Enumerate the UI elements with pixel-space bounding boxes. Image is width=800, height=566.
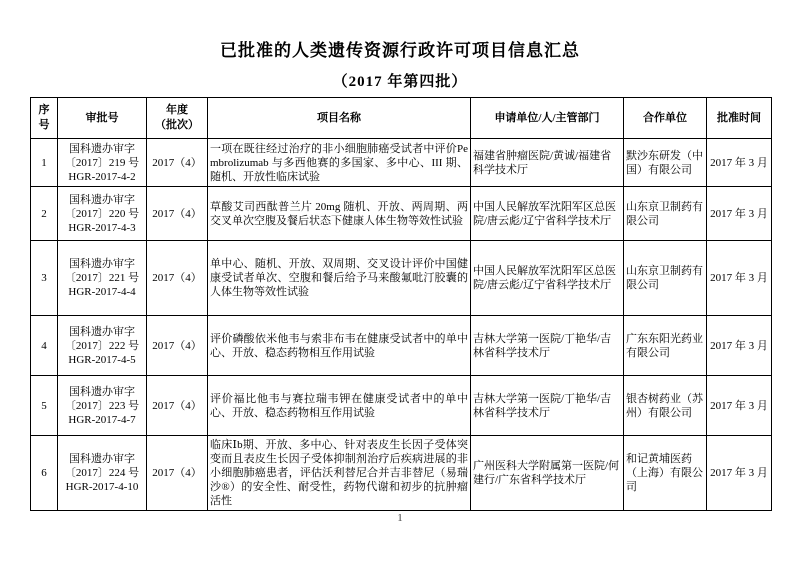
approval-date-cell: 2017 年 3 月	[707, 316, 772, 376]
table-row: 4 国科遗办审字 〔2017〕222 号 HGR-2017-4-5 2017（4…	[31, 316, 772, 376]
year-batch-cell: 2017（4）	[147, 187, 208, 241]
project-name-cell: 单中心、随机、开放、双周期、交叉设计评价中国健康受试者单次、空腹和餐后给予马来酸…	[208, 241, 471, 316]
approval-date-cell: 2017 年 3 月	[707, 436, 772, 511]
approval-date-cell: 2017 年 3 月	[707, 139, 772, 187]
year-batch-cell: 2017（4）	[147, 436, 208, 511]
applicant-cell: 中国人民解放军沈阳军区总医院/唐云彪/辽宁省科学技术厅	[471, 241, 624, 316]
seq-cell: 1	[31, 139, 58, 187]
approval-no-cell: 国科遗办审字 〔2017〕221 号 HGR-2017-4-4	[58, 241, 147, 316]
seq-cell: 2	[31, 187, 58, 241]
partner-cell: 银杏树药业（苏州）有限公司	[624, 376, 707, 436]
table-row: 1 国科遗办审字 〔2017〕219 号 HGR-2017-4-2 2017（4…	[31, 139, 772, 187]
page-subtitle: （2017 年第四批）	[0, 70, 800, 91]
approval-no-cell: 国科遗办审字 〔2017〕223 号 HGR-2017-4-7	[58, 376, 147, 436]
col-header-applicant: 申请单位/人/主管部门	[471, 98, 624, 139]
year-batch-cell: 2017（4）	[147, 139, 208, 187]
table-row: 2 国科遗办审字 〔2017〕220 号 HGR-2017-4-3 2017（4…	[31, 187, 772, 241]
partner-cell: 和记黄埔医药（上海）有限公司	[624, 436, 707, 511]
col-header-approval-time: 批准时间	[707, 98, 772, 139]
approval-date-cell: 2017 年 3 月	[707, 187, 772, 241]
table-header-row: 序 号 审批号 年度 （批次） 项目名称 申请单位/人/主管部门 合作单位 批准…	[31, 98, 772, 139]
document-page: 已批准的人类遗传资源行政许可项目信息汇总 （2017 年第四批） 序 号 审批号…	[0, 0, 800, 566]
approval-no-cell: 国科遗办审字 〔2017〕219 号 HGR-2017-4-2	[58, 139, 147, 187]
seq-cell: 3	[31, 241, 58, 316]
project-name-cell: 评价福比他韦与赛拉瑞韦钾在健康受试者中的单中心、开放、稳态药物相互作用试验	[208, 376, 471, 436]
project-name-cell: 临床Ⅰb期、开放、多中心、针对表皮生长因子受体突变而且表皮生长因子受体抑制剂治疗…	[208, 436, 471, 511]
approval-date-cell: 2017 年 3 月	[707, 241, 772, 316]
seq-cell: 4	[31, 316, 58, 376]
table-row: 5 国科遗办审字 〔2017〕223 号 HGR-2017-4-7 2017（4…	[31, 376, 772, 436]
project-name-cell: 草酸艾司西酞普兰片 20mg 随机、开放、两周期、两交叉单次空腹及餐后状态下健康…	[208, 187, 471, 241]
col-header-seq: 序 号	[31, 98, 58, 139]
approval-no-cell: 国科遗办审字 〔2017〕222 号 HGR-2017-4-5	[58, 316, 147, 376]
table-row: 3 国科遗办审字 〔2017〕221 号 HGR-2017-4-4 2017（4…	[31, 241, 772, 316]
applicant-cell: 中国人民解放军沈阳军区总医院/唐云彪/辽宁省科学技术厅	[471, 187, 624, 241]
applicant-cell: 吉林大学第一医院/丁艳华/吉林省科学技术厅	[471, 316, 624, 376]
applicant-cell: 福建省肿瘤医院/黄诚/福建省科学技术厅	[471, 139, 624, 187]
year-batch-cell: 2017（4）	[147, 376, 208, 436]
table-row: 6 国科遗办审字 〔2017〕224 号 HGR-2017-4-10 2017（…	[31, 436, 772, 511]
approval-date-cell: 2017 年 3 月	[707, 376, 772, 436]
applicant-cell: 吉林大学第一医院/丁艳华/吉林省科学技术厅	[471, 376, 624, 436]
col-header-year-batch: 年度 （批次）	[147, 98, 208, 139]
col-header-approval-no: 审批号	[58, 98, 147, 139]
project-name-cell: 一项在既往经过治疗的非小细胞肺癌受试者中评价Pembrolizumab 与多西他…	[208, 139, 471, 187]
year-batch-cell: 2017（4）	[147, 241, 208, 316]
project-name-cell: 评价磷酸依米他韦与索非布韦在健康受试者中的单中心、开放、稳态药物相互作用试验	[208, 316, 471, 376]
seq-cell: 5	[31, 376, 58, 436]
approval-projects-table: 序 号 审批号 年度 （批次） 项目名称 申请单位/人/主管部门 合作单位 批准…	[30, 97, 772, 511]
partner-cell: 山东京卫制药有限公司	[624, 187, 707, 241]
partner-cell: 默沙东研发（中国）有限公司	[624, 139, 707, 187]
approval-no-cell: 国科遗办审字 〔2017〕224 号 HGR-2017-4-10	[58, 436, 147, 511]
seq-cell: 6	[31, 436, 58, 511]
page-number: 1	[0, 512, 800, 524]
col-header-project-name: 项目名称	[208, 98, 471, 139]
partner-cell: 广东东阳光药业有限公司	[624, 316, 707, 376]
approval-no-cell: 国科遗办审字 〔2017〕220 号 HGR-2017-4-3	[58, 187, 147, 241]
col-header-partner: 合作单位	[624, 98, 707, 139]
partner-cell: 山东京卫制药有限公司	[624, 241, 707, 316]
page-title: 已批准的人类遗传资源行政许可项目信息汇总	[0, 36, 800, 61]
year-batch-cell: 2017（4）	[147, 316, 208, 376]
applicant-cell: 广州医科大学附属第一医院/何建行/广东省科学技术厅	[471, 436, 624, 511]
